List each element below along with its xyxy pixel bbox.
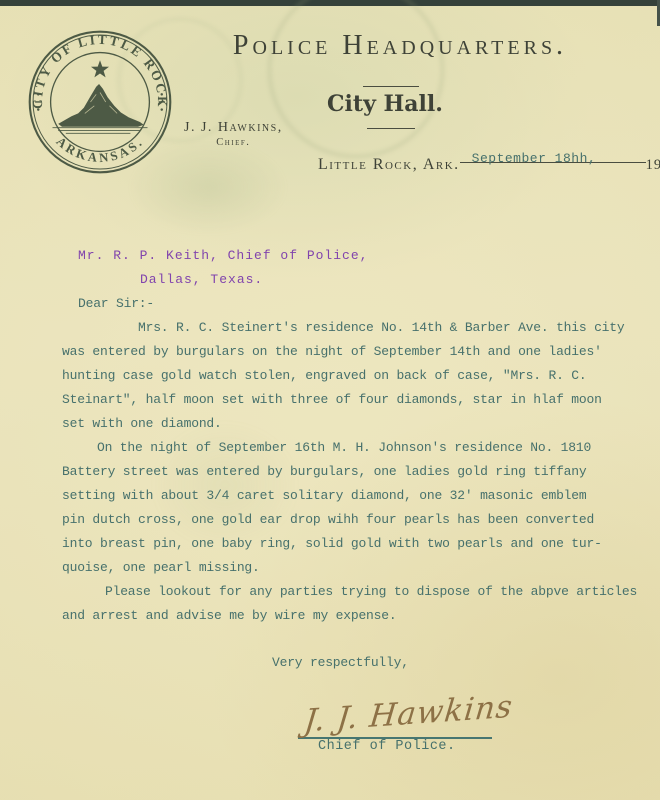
- letterhead-title: Police Headquarters.: [170, 30, 630, 62]
- scan-edge-top: [0, 0, 660, 6]
- letter-body: Mr. R. P. Keith, Chief of Police, Dallas…: [62, 244, 628, 675]
- dateline-rule-zone: September 18hh,: [460, 150, 646, 169]
- letterhead-subtitle: City Hall.: [170, 91, 600, 117]
- body-line: was entered by burgulars on the night of…: [62, 340, 628, 364]
- closing: Very respectfully,: [272, 651, 628, 675]
- body-line: Please lookout for any parties trying to…: [105, 580, 628, 604]
- body-line: Steinart", half moon set with three of f…: [62, 388, 628, 412]
- divider: [367, 128, 415, 129]
- body-line: set with one diamond.: [62, 412, 628, 436]
- body-line: Battery street was entered by burgulars,…: [62, 460, 628, 484]
- printed-year: 190: [646, 157, 660, 174]
- official-block: J. J. Hawkins, Chief.: [184, 120, 283, 148]
- divider: [363, 86, 419, 87]
- body-line: into breast pin, one baby ring, solid go…: [62, 532, 628, 556]
- body-line: quoise, one pearl missing.: [62, 556, 628, 580]
- official-title: Chief.: [184, 137, 283, 148]
- body-line: pin dutch cross, one gold ear drop wihh …: [62, 508, 628, 532]
- handwritten-signature: J. J. Hawkins: [302, 689, 514, 740]
- body-line: Mrs. R. C. Steinert's residence No. 14th…: [138, 316, 628, 340]
- mountain-icon: [53, 84, 148, 133]
- city-seal-icon: CITY OF LITTLE ROCK ARKANSAS.: [24, 26, 176, 178]
- body-line: On the night of September 16th M. H. Joh…: [97, 436, 628, 460]
- official-name: J. J. Hawkins,: [184, 120, 283, 136]
- letter-document: CITY OF LITTLE ROCK ARKANSAS. Police Hea…: [0, 0, 660, 800]
- star-icon: [91, 60, 109, 77]
- signature-block: Chief of Police. J. J. Hawkins: [296, 688, 526, 768]
- body-line: setting with about 3/4 caret solitary di…: [62, 484, 628, 508]
- dateline: Little Rock, Ark. September 18hh, 190 5: [318, 150, 660, 174]
- body-line: and arrest and advise me by wire my expe…: [62, 604, 628, 628]
- ghost-emboss-ring: [268, 0, 444, 158]
- body-line: hunting case gold watch stolen, engraved…: [62, 364, 628, 388]
- recipient-line: Dallas, Texas.: [140, 268, 628, 292]
- salutation: Dear Sir:-: [78, 292, 628, 316]
- dateline-place: Little Rock, Ark.: [318, 156, 460, 174]
- signer-title: Chief of Police.: [318, 739, 456, 754]
- recipient-line: Mr. R. P. Keith, Chief of Police,: [78, 244, 628, 268]
- typed-date: September 18hh,: [472, 151, 597, 166]
